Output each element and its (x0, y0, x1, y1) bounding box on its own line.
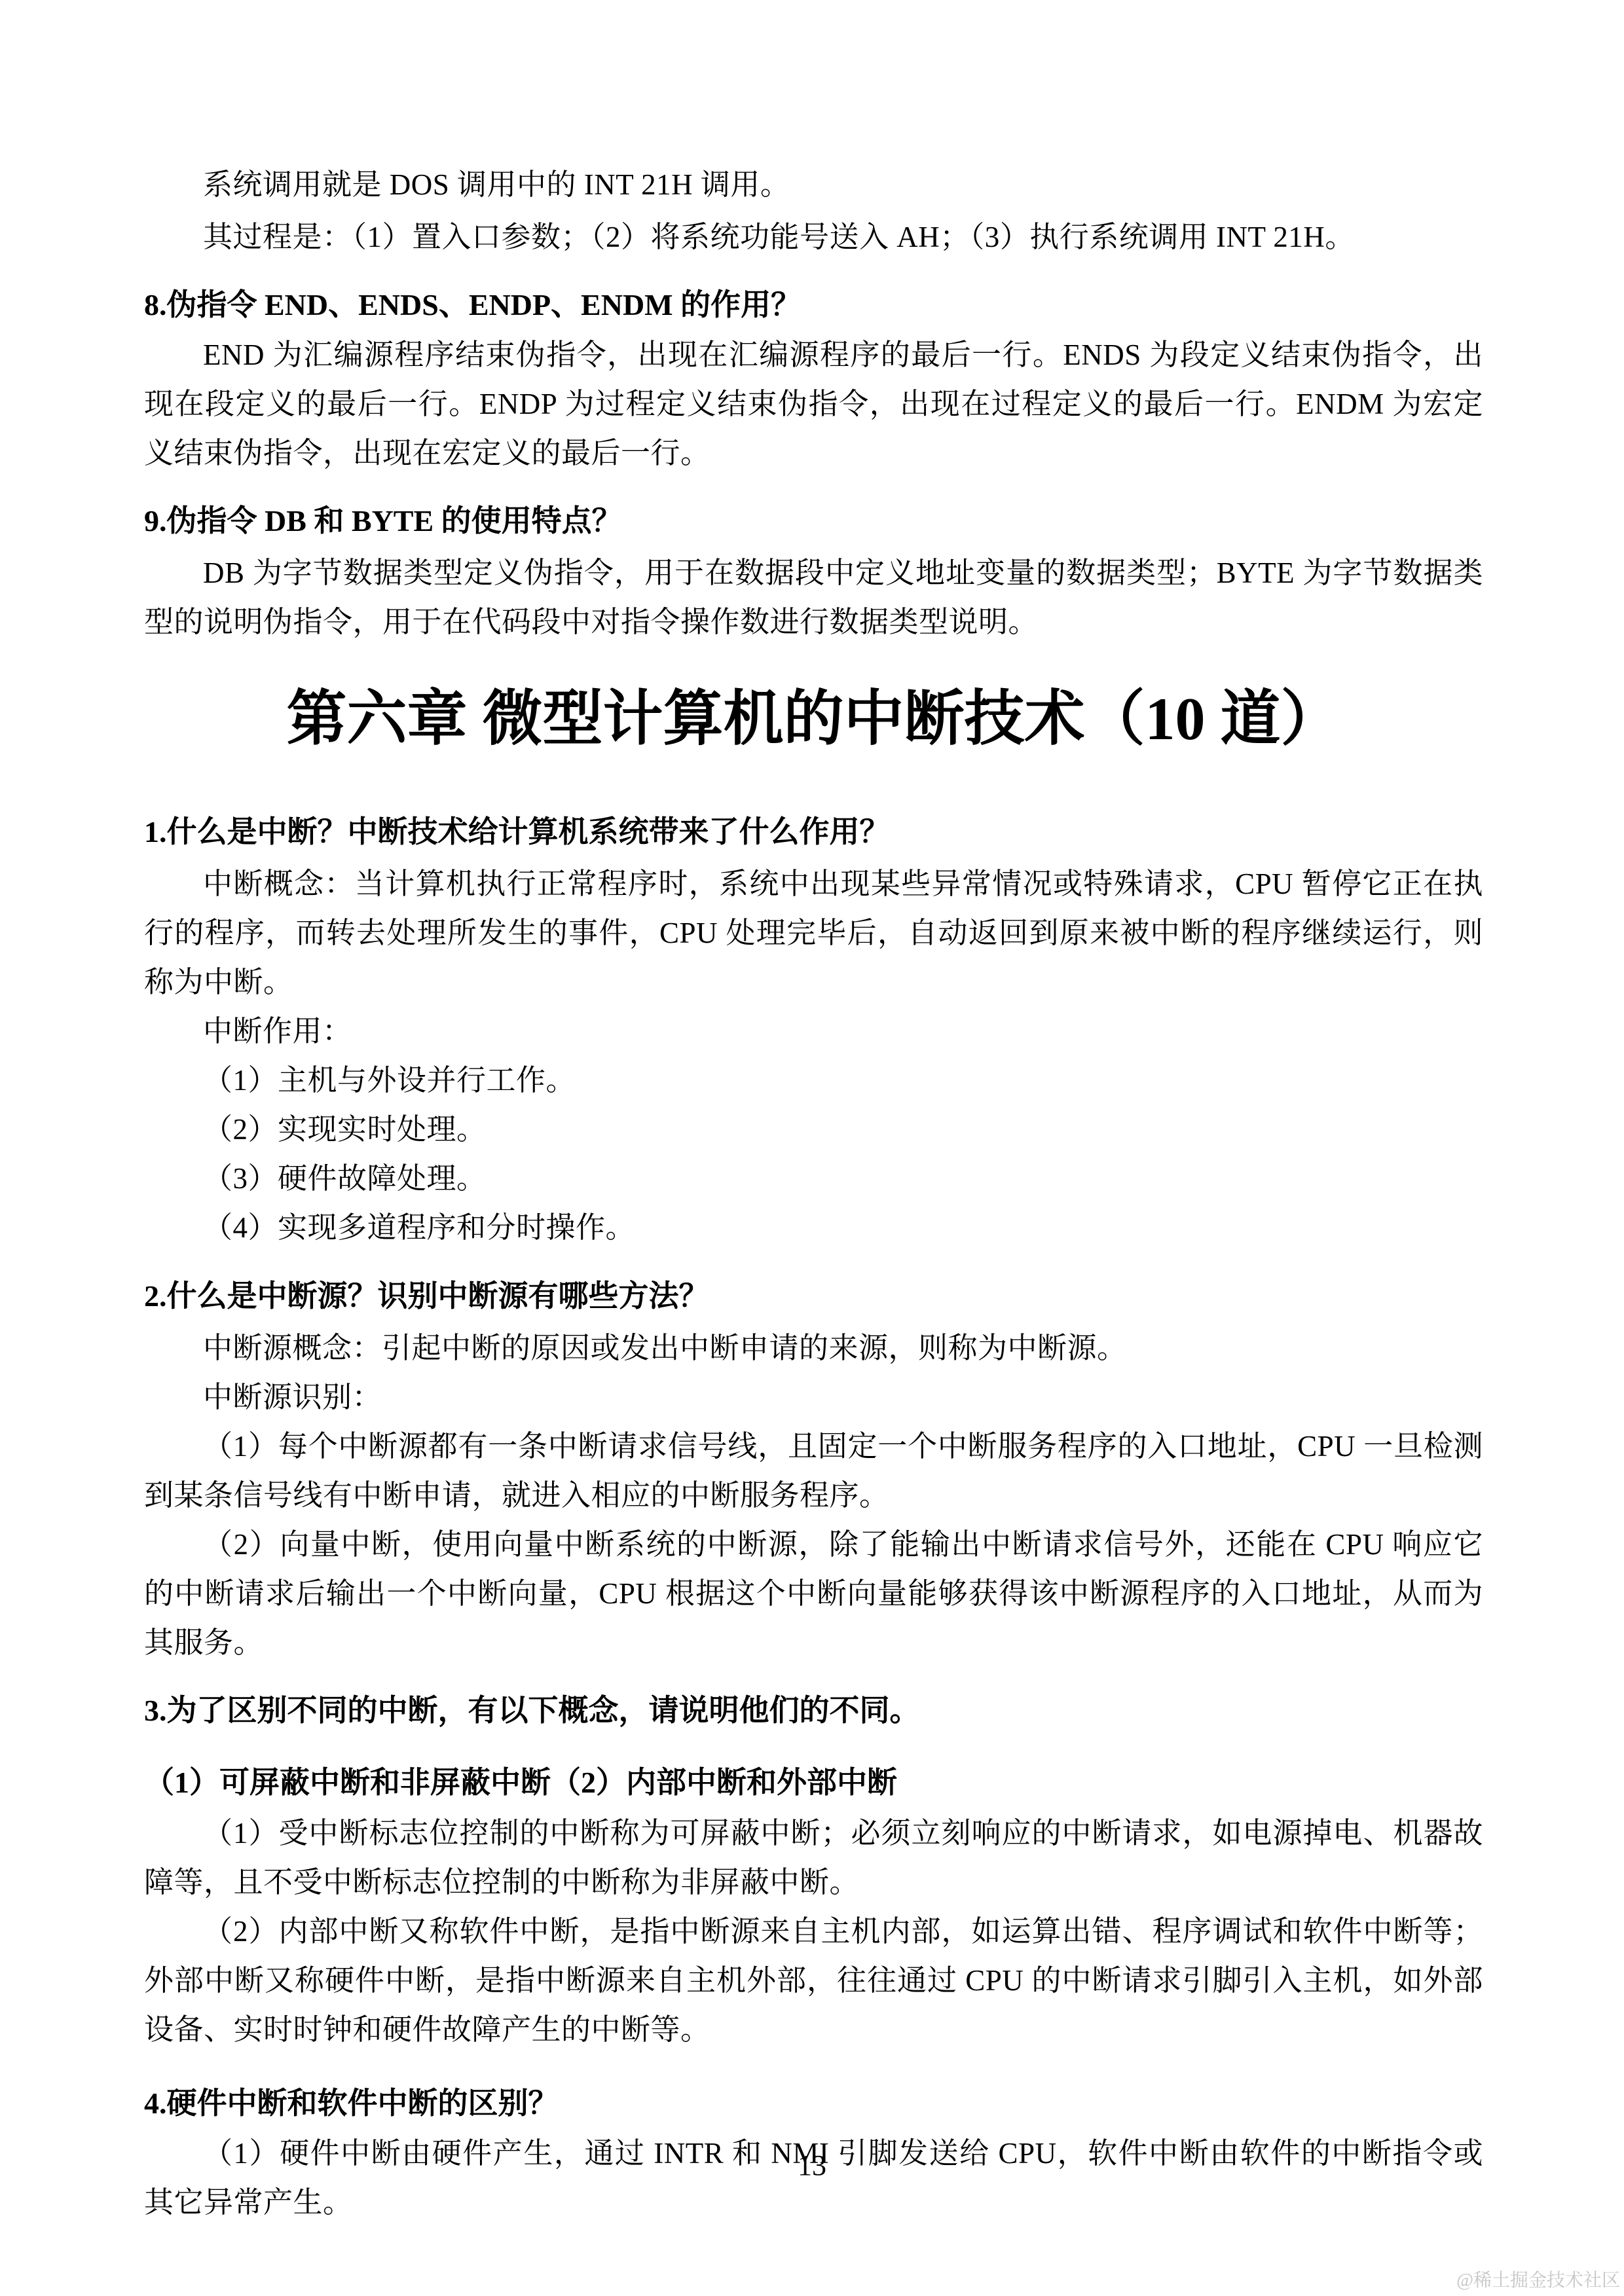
question-8-heading: 8.伪指令 END、ENDS、ENDP、ENDM 的作用？ (144, 280, 1483, 331)
question-9-answer: DB 为字节数据类型定义伪指令，用于在数据段中定义地址变量的数据类型；BYTE … (144, 549, 1483, 647)
question-3-answer: （2）内部中断又称软件中断，是指中断源来自主机内部，如运算出错、程序调试和软件中… (144, 1907, 1483, 2054)
question-2-heading: 2.什么是中断源？识别中断源有哪些方法？ (144, 1271, 1483, 1322)
question-4-heading: 4.硬件中断和软件中断的区别？ (144, 2078, 1483, 2129)
question-1-role-item: （2）实现实时处理。 (144, 1105, 1483, 1154)
question-9-heading: 9.伪指令 DB 和 BYTE 的使用特点？ (144, 496, 1483, 547)
page-number: 13 (0, 2149, 1624, 2182)
intro-line-2: 其过程是：（1）置入口参数；（2）将系统功能号送入 AH；（3）执行系统调用 I… (144, 213, 1483, 262)
chapter-title: 第六章 微型计算机的中断技术（10 道） (144, 673, 1483, 765)
document-page: 系统调用就是 DOS 调用中的 INT 21H 调用。 其过程是：（1）置入口参… (0, 0, 1624, 2296)
question-3-subheading: （1）可屏蔽中断和非屏蔽中断（2）内部中断和外部中断 (144, 1757, 1483, 1808)
watermark: @稀土掘金技术社区 (1456, 2270, 1620, 2291)
question-1-role-item: （3）硬件故障处理。 (144, 1154, 1483, 1203)
question-3-answer: （1）受中断标志位控制的中断称为可屏蔽中断；必须立刻响应的中断请求，如电源掉电、… (144, 1809, 1483, 1907)
question-3-heading: 3.为了区别不同的中断，有以下概念，请说明他们的不同。 (144, 1685, 1483, 1736)
document-content: 系统调用就是 DOS 调用中的 INT 21H 调用。 其过程是：（1）置入口参… (144, 0, 1483, 2227)
intro-line-1: 系统调用就是 DOS 调用中的 INT 21H 调用。 (144, 160, 1483, 210)
question-2-method: （2）向量中断，使用向量中断系统的中断源，除了能输出中断请求信号外，还能在 CP… (144, 1520, 1483, 1667)
question-1-role-label: 中断作用： (144, 1007, 1483, 1056)
question-1-heading: 1.什么是中断？中断技术给计算机系统带来了什么作用？ (144, 807, 1483, 858)
question-2-concept: 中断源概念：引起中断的原因或发出中断申请的来源，则称为中断源。 (144, 1324, 1483, 1373)
question-1-concept: 中断概念：当计算机执行正常程序时，系统中出现某些异常情况或特殊请求，CPU 暂停… (144, 860, 1483, 1007)
question-2-method: （1）每个中断源都有一条中断请求信号线，且固定一个中断服务程序的入口地址，CPU… (144, 1422, 1483, 1520)
question-1-role-item: （4）实现多道程序和分时操作。 (144, 1203, 1483, 1252)
question-8-answer: END 为汇编源程序结束伪指令，出现在汇编源程序的最后一行。ENDS 为段定义结… (144, 331, 1483, 478)
question-1-role-item: （1）主机与外设并行工作。 (144, 1056, 1483, 1105)
question-2-identify-label: 中断源识别： (144, 1373, 1483, 1422)
